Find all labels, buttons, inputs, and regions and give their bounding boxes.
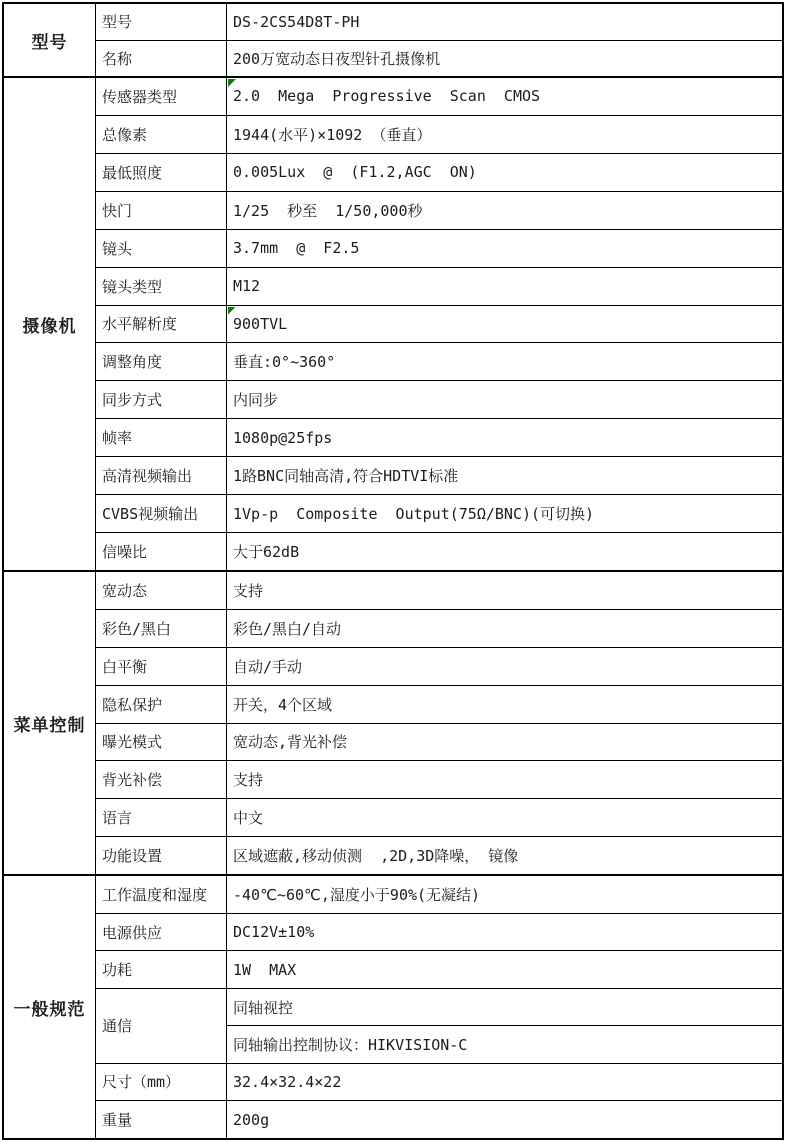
spec-value: 1W MAX — [227, 951, 782, 988]
spec-label-text: 调整角度 — [102, 351, 162, 372]
spec-label-text: 白平衡 — [102, 656, 147, 677]
table-row: 总像素 1944(水平)×1092 （垂直） — [96, 115, 782, 153]
spec-value-text: 垂直:0°~360° — [233, 351, 335, 372]
section-general-spec: 一般规范 工作温度和湿度 -40℃~60℃,湿度小于90%(无凝结) 电源供应 … — [4, 874, 782, 1138]
spec-value-text: 900TVL — [233, 315, 287, 333]
spec-label-text: 语言 — [102, 807, 132, 828]
spec-value: 内同步 — [227, 381, 782, 418]
spec-value: 200万宽动态日夜型针孔摄像机 — [227, 41, 782, 77]
table-row: 尺寸（mm） 32.4×32.4×22 — [96, 1063, 782, 1101]
spec-value: 区域遮蔽,移动侦测 ,2D,3D降噪， 镜像 — [227, 837, 782, 874]
category-cell-model: 型号 — [4, 4, 96, 76]
table-row: 最低照度 0.005Lux @ (F1.2,AGC ON) — [96, 153, 782, 191]
spec-label: CVBS视频输出 — [96, 495, 227, 532]
spec-label: 隐私保护 — [96, 686, 227, 723]
spec-label-text: 尺寸（mm） — [102, 1071, 180, 1092]
spec-value-text: 0.005Lux @ (F1.2,AGC ON) — [233, 163, 477, 181]
spec-label: 重量 — [96, 1101, 227, 1138]
spec-table: 型号 型号 DS-2CS54D8T-PH 名称 200万宽动态日夜型针孔摄像机 … — [2, 2, 784, 1140]
section-camera: 摄像机 传感器类型 2.0 Mega Progressive Scan CMOS… — [4, 76, 782, 570]
spec-label: 宽动态 — [96, 572, 227, 609]
table-row: 重量 200g — [96, 1100, 782, 1138]
spec-label-text: 通信 — [102, 1015, 132, 1036]
table-row: 电源供应 DC12V±10% — [96, 913, 782, 951]
spec-label-text: 同步方式 — [102, 389, 162, 410]
spec-subvalues: 同轴视控 同轴输出控制协议：HIKVISION-C — [227, 989, 782, 1062]
category-cell-camera: 摄像机 — [4, 78, 96, 570]
spec-value-text: 区域遮蔽,移动侦测 ,2D,3D降噪， 镜像 — [233, 845, 518, 866]
spec-label: 电源供应 — [96, 914, 227, 951]
spec-value-text: 2.0 Mega Progressive Scan CMOS — [233, 87, 540, 105]
spec-label: 同步方式 — [96, 381, 227, 418]
table-row: 调整角度 垂直:0°~360° — [96, 342, 782, 380]
category-cell-general-spec: 一般规范 — [4, 876, 96, 1138]
spec-value: 彩色/黑白/自动 — [227, 610, 782, 647]
spec-value-text: 同轴视控 — [233, 997, 293, 1018]
spec-value: 中文 — [227, 799, 782, 836]
spec-value-text: 中文 — [233, 807, 263, 828]
spec-label-text: 隐私保护 — [102, 694, 162, 715]
table-row: 帧率 1080p@25fps — [96, 418, 782, 456]
spec-value-text: 3.7mm @ F2.5 — [233, 239, 359, 257]
spec-value-text: 支持 — [233, 769, 263, 790]
spec-value: 200g — [227, 1101, 782, 1138]
table-row: 彩色/黑白 彩色/黑白/自动 — [96, 609, 782, 647]
spec-value: 1路BNC同轴高清,符合HDTVI标准 — [227, 457, 782, 494]
spec-value-text: 1/25 秒至 1/50,000秒 — [233, 200, 423, 221]
table-row: 高清视频输出 1路BNC同轴高清,符合HDTVI标准 — [96, 456, 782, 494]
spec-value-text: 1944(水平)×1092 （垂直） — [233, 124, 431, 145]
spec-label: 型号 — [96, 4, 227, 40]
spec-label: 总像素 — [96, 116, 227, 153]
spec-label-text: 型号 — [102, 11, 132, 32]
spec-label-text: 彩色/黑白 — [102, 618, 171, 639]
spec-label-text: 最低照度 — [102, 162, 162, 183]
table-row: 背光补偿 支持 — [96, 760, 782, 798]
table-row: 工作温度和湿度 -40℃~60℃,湿度小于90%(无凝结) — [96, 876, 782, 913]
spec-value: 1944(水平)×1092 （垂直） — [227, 116, 782, 153]
section-menu-control: 菜单控制 宽动态 支持 彩色/黑白 彩色/黑白/自动 白平衡 自动/手动 隐私保… — [4, 570, 782, 874]
table-row: 快门 1/25 秒至 1/50,000秒 — [96, 191, 782, 229]
spec-value-text: DS-2CS54D8T-PH — [233, 13, 359, 31]
spec-value-text: 1W MAX — [233, 961, 296, 979]
spec-label: 快门 — [96, 192, 227, 229]
spec-label-text: 总像素 — [102, 124, 147, 145]
table-row: 功能设置 区域遮蔽,移动侦测 ,2D,3D降噪， 镜像 — [96, 836, 782, 874]
spec-label: 功耗 — [96, 951, 227, 988]
spec-label-text: 高清视频输出 — [102, 465, 192, 486]
spec-value-text: DC12V±10% — [233, 923, 314, 941]
cell-corner-flag-icon — [228, 79, 236, 87]
spec-label: 语言 — [96, 799, 227, 836]
spec-label-text: 帧率 — [102, 427, 132, 448]
table-row: 镜头类型 M12 — [96, 267, 782, 305]
spec-value: 1/25 秒至 1/50,000秒 — [227, 192, 782, 229]
table-row: 曝光模式 宽动态,背光补偿 — [96, 723, 782, 761]
spec-value: 支持 — [227, 761, 782, 798]
spec-label: 背光补偿 — [96, 761, 227, 798]
spec-label: 名称 — [96, 41, 227, 77]
spec-label-text: 功能设置 — [102, 845, 162, 866]
table-row-communication: 通信 同轴视控 同轴输出控制协议：HIKVISION-C — [96, 988, 782, 1062]
spec-value: 3.7mm @ F2.5 — [227, 230, 782, 267]
spec-value-text: 1路BNC同轴高清,符合HDTVI标准 — [233, 465, 458, 486]
spec-value-text: 200万宽动态日夜型针孔摄像机 — [233, 48, 440, 69]
spec-value: 自动/手动 — [227, 648, 782, 685]
spec-value: 宽动态,背光补偿 — [227, 724, 782, 761]
section-model: 型号 型号 DS-2CS54D8T-PH 名称 200万宽动态日夜型针孔摄像机 — [4, 4, 782, 76]
spec-value: 同轴视控 — [227, 989, 782, 1025]
table-row: 语言 中文 — [96, 798, 782, 836]
spec-label: 帧率 — [96, 419, 227, 456]
spec-label: 高清视频输出 — [96, 457, 227, 494]
spec-label: 工作温度和湿度 — [96, 876, 227, 913]
spec-label: 通信 — [96, 989, 227, 1062]
category-cell-menu-control: 菜单控制 — [4, 572, 96, 874]
spec-label-text: 信噪比 — [102, 541, 147, 562]
spec-value: 大于62dB — [227, 533, 782, 570]
table-row: 水平解析度 900TVL — [96, 305, 782, 343]
spec-value: 0.005Lux @ (F1.2,AGC ON) — [227, 154, 782, 191]
table-row: 镜头 3.7mm @ F2.5 — [96, 229, 782, 267]
spec-label: 水平解析度 — [96, 306, 227, 343]
spec-label: 信噪比 — [96, 533, 227, 570]
spec-label-text: 快门 — [102, 200, 132, 221]
spec-label: 调整角度 — [96, 343, 227, 380]
spec-label-text: 名称 — [102, 48, 132, 69]
spec-value: M12 — [227, 268, 782, 305]
table-row: CVBS视频输出 1Vp-p Composite Output(75Ω/BNC)… — [96, 494, 782, 532]
spec-value-text: M12 — [233, 277, 260, 295]
spec-value-text: 200g — [233, 1111, 269, 1129]
cell-corner-flag-icon — [228, 307, 236, 315]
spec-value: 900TVL — [227, 306, 782, 343]
spec-value: 同轴输出控制协议：HIKVISION-C — [227, 1025, 782, 1062]
table-row: 名称 200万宽动态日夜型针孔摄像机 — [96, 40, 782, 77]
table-row: 宽动态 支持 — [96, 572, 782, 609]
spec-value-text: 宽动态,背光补偿 — [233, 731, 347, 752]
spec-label-text: 镜头类型 — [102, 276, 162, 297]
spec-value-text: -40℃~60℃,湿度小于90%(无凝结) — [233, 884, 480, 905]
spec-label: 最低照度 — [96, 154, 227, 191]
table-row: 型号 DS-2CS54D8T-PH — [96, 4, 782, 40]
spec-label-text: CVBS视频输出 — [102, 503, 198, 524]
spec-value-text: 同轴输出控制协议：HIKVISION-C — [233, 1034, 467, 1055]
spec-label: 曝光模式 — [96, 724, 227, 761]
spec-value-text: 彩色/黑白/自动 — [233, 618, 341, 639]
spec-value-text: 1080p@25fps — [233, 429, 332, 447]
spec-value-text: 自动/手动 — [233, 656, 302, 677]
table-row: 信噪比 大于62dB — [96, 532, 782, 570]
spec-label: 彩色/黑白 — [96, 610, 227, 647]
spec-value-text: 大于62dB — [233, 541, 299, 562]
spec-value: 32.4×32.4×22 — [227, 1064, 782, 1101]
spec-label: 镜头类型 — [96, 268, 227, 305]
spec-label-text: 曝光模式 — [102, 731, 162, 752]
spec-value: 开关，4个区域 — [227, 686, 782, 723]
spec-label-text: 工作温度和湿度 — [102, 884, 207, 905]
spec-label-text: 重量 — [102, 1109, 132, 1130]
table-row: 隐私保护 开关，4个区域 — [96, 685, 782, 723]
spec-value-text: 1Vp-p Composite Output(75Ω/BNC)(可切换) — [233, 503, 594, 524]
spec-label: 镜头 — [96, 230, 227, 267]
spec-value: DC12V±10% — [227, 914, 782, 951]
spec-label-text: 宽动态 — [102, 580, 147, 601]
spec-value: 1Vp-p Composite Output(75Ω/BNC)(可切换) — [227, 495, 782, 532]
spec-label-text: 传感器类型 — [102, 86, 177, 107]
spec-value: 1080p@25fps — [227, 419, 782, 456]
spec-value-text: 内同步 — [233, 389, 278, 410]
table-row: 功耗 1W MAX — [96, 950, 782, 988]
spec-label-text: 镜头 — [102, 238, 132, 259]
spec-value: 垂直:0°~360° — [227, 343, 782, 380]
table-row: 同步方式 内同步 — [96, 380, 782, 418]
table-row: 白平衡 自动/手动 — [96, 647, 782, 685]
spec-label-text: 功耗 — [102, 959, 132, 980]
spec-value: DS-2CS54D8T-PH — [227, 4, 782, 40]
spec-label: 传感器类型 — [96, 78, 227, 115]
spec-value-text: 开关，4个区域 — [233, 694, 332, 715]
spec-value: 2.0 Mega Progressive Scan CMOS — [227, 78, 782, 115]
spec-label-text: 电源供应 — [102, 922, 162, 943]
spec-label: 功能设置 — [96, 837, 227, 874]
spec-label: 白平衡 — [96, 648, 227, 685]
spec-value: 支持 — [227, 572, 782, 609]
spec-value: -40℃~60℃,湿度小于90%(无凝结) — [227, 876, 782, 913]
table-row: 传感器类型 2.0 Mega Progressive Scan CMOS — [96, 78, 782, 115]
spec-value-text: 支持 — [233, 580, 263, 601]
spec-label-text: 背光补偿 — [102, 769, 162, 790]
spec-label-text: 水平解析度 — [102, 313, 177, 334]
spec-value-text: 32.4×32.4×22 — [233, 1073, 341, 1091]
spec-label: 尺寸（mm） — [96, 1064, 227, 1101]
